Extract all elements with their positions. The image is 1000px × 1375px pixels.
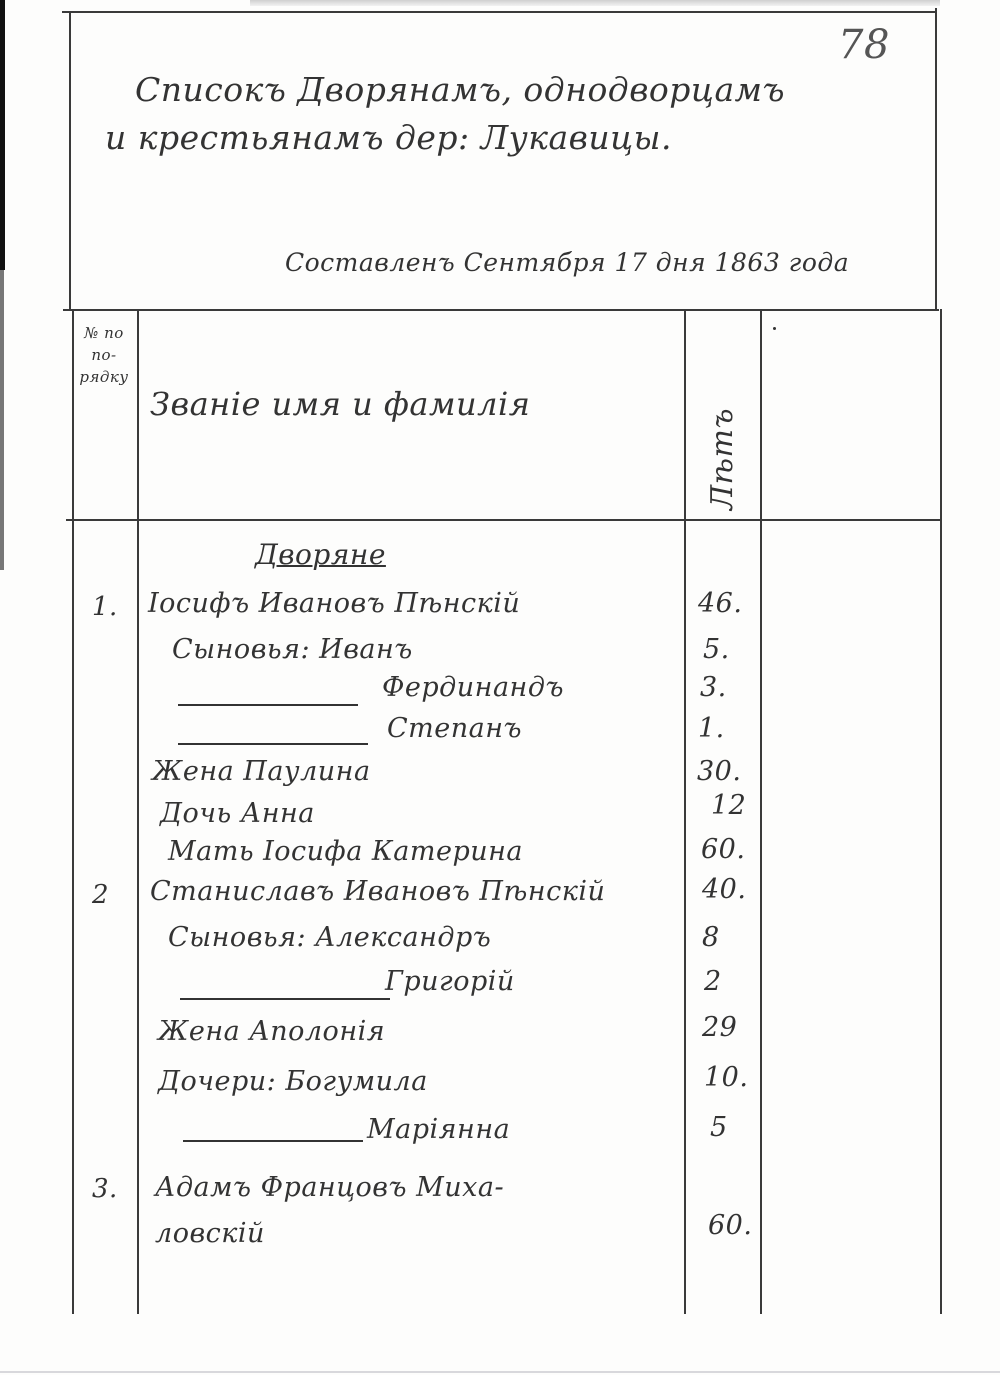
row-number: 2 [92,880,109,910]
name-column-rule [684,309,686,1314]
ink-dot [773,327,776,330]
row-name: Дочери: Богумила [158,1066,428,1097]
row-name: Дочь Анна [160,798,315,829]
header-name: Званіе имя и фамилія [150,385,530,423]
row-name: Адамъ Францовъ Миха- [155,1172,504,1203]
row-name: Сыновья: Иванъ [172,634,413,665]
header-top-rule [63,309,939,311]
row-age: 3. [700,672,727,703]
left-border [72,309,74,1314]
row-age: 60. [701,834,745,865]
row-name: Станиславъ Ивановъ Пѣнскій [150,876,605,907]
row-age: 10. [704,1062,748,1093]
scan-edge [0,270,4,570]
row-name: Мать Іосифа Катерина [168,836,523,867]
section-title: Дворяне [255,538,386,571]
row-number: 1. [92,592,118,622]
ditto-dash [178,743,368,745]
row-age: 5. [703,634,730,665]
ditto-dash [180,998,390,1000]
number-column-rule [137,309,139,1314]
row-number: 3. [92,1174,118,1204]
row-name: Григорій [385,966,515,997]
row-age: 5 [710,1112,728,1143]
header-number: № по по-рядку [72,322,136,388]
row-age: 46. [698,588,742,619]
row-name: Жена Паулина [152,756,371,787]
row-age: 8 [702,922,720,953]
row-age: 1. [698,713,725,744]
row-name: Іосифъ Ивановъ Пѣнскій [148,588,520,619]
row-name: Фердинандъ [382,672,564,703]
ditto-dash [178,704,358,706]
row-age: 12 [711,790,746,821]
ditto-dash [183,1140,363,1142]
row-name: Жена Аполонія [158,1016,385,1047]
right-border [940,309,942,1314]
title-line-1: Списокъ Дворянамъ, однодворцамъ [135,70,785,109]
page-edge [0,1371,1000,1373]
title-line-2: и крестьянамъ дер: Лукавицы. [105,118,672,157]
row-name: Маріянна [367,1114,510,1145]
row-name: Степанъ [387,713,522,744]
scan-edge [0,0,5,270]
row-age: 29 [702,1012,737,1043]
right-border-upper [935,8,937,310]
row-age: 40. [702,874,746,905]
top-rule [62,11,936,13]
scan-edge [250,0,940,6]
age-column-rule [760,309,762,1314]
row-age: 2 [704,966,722,997]
header-age: Лѣтъ [705,408,740,510]
composed-date-line: Составленъ Сентября 17 дня 1863 года [285,248,849,277]
row-name: Сыновья: Александръ [168,922,491,953]
row-age: 30. [697,756,741,787]
header-bottom-rule [66,519,942,521]
row-name: ловскій [155,1218,265,1249]
page-number: 78 [838,22,890,68]
left-border-upper [69,11,71,310]
row-age: 60. [708,1210,752,1241]
